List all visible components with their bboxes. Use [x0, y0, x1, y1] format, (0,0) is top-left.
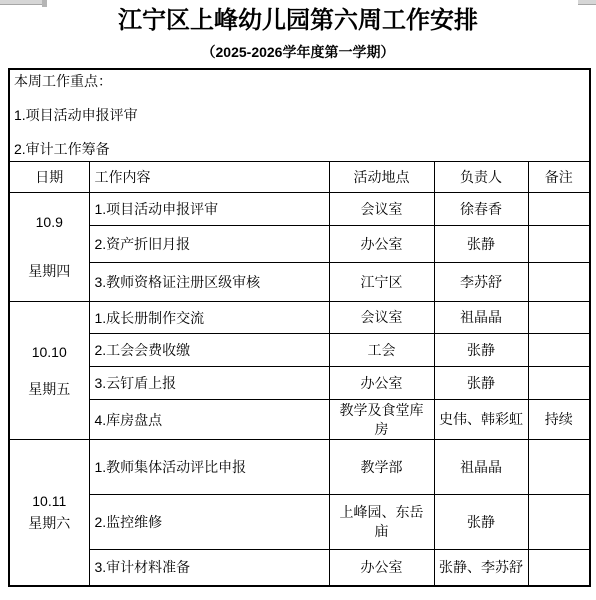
date-value: 10.11 — [32, 492, 66, 511]
location-cell: 会议室 — [329, 193, 434, 226]
note-cell — [528, 440, 590, 495]
task-cell: 4.库房盘点 — [89, 400, 329, 440]
scrollbar-fragment-left — [0, 0, 42, 5]
location-cell: 教学及食堂库房 — [329, 400, 434, 440]
note-cell — [528, 193, 590, 226]
location-cell: 江宁区 — [329, 263, 434, 302]
weekday-value: 星期五 — [28, 380, 70, 399]
weekly-focus-box: 本周工作重点： 1.项目活动申报评审 2.审计工作筹备 — [9, 69, 590, 162]
weekly-focus-item: 2.审计工作筹备 — [14, 140, 585, 159]
location-cell: 上峰园、东岳庙 — [329, 495, 434, 550]
task-cell: 1.项目活动申报评审 — [89, 193, 329, 226]
location-cell: 教学部 — [329, 440, 434, 495]
person-cell: 祖晶晶 — [434, 440, 528, 495]
scrollbar-thumb-fragment — [42, 0, 47, 7]
note-cell — [528, 263, 590, 302]
note-cell — [528, 334, 590, 367]
schedule-table: 本周工作重点： 1.项目活动申报评审 2.审计工作筹备 日期 工作内容 活动地点… — [8, 68, 591, 587]
person-cell: 祖晶晶 — [434, 302, 528, 334]
date-value: 10.10 — [32, 343, 67, 362]
task-cell: 2.工会会费收缴 — [89, 334, 329, 367]
location-cell: 会议室 — [329, 302, 434, 334]
note-cell — [528, 550, 590, 586]
note-cell — [528, 302, 590, 334]
task-cell: 1.教师集体活动评比申报 — [89, 440, 329, 495]
note-cell — [528, 226, 590, 263]
date-cell-10-9: 10.9 星期四 — [9, 193, 89, 302]
column-header-task: 工作内容 — [89, 162, 329, 193]
person-cell: 史伟、韩彩虹 — [434, 400, 528, 440]
task-cell: 3.审计材料准备 — [89, 550, 329, 586]
note-cell: 持续 — [528, 400, 590, 440]
person-cell: 徐春香 — [434, 193, 528, 226]
weekly-focus-item: 1.项目活动申报评审 — [14, 106, 585, 125]
location-cell: 工会 — [329, 334, 434, 367]
location-cell: 办公室 — [329, 367, 434, 400]
task-cell: 1.成长册制作交流 — [89, 302, 329, 334]
person-cell: 李苏舒 — [434, 263, 528, 302]
task-cell: 2.资产折旧月报 — [89, 226, 329, 263]
note-cell — [528, 495, 590, 550]
person-cell: 张静、李苏舒 — [434, 550, 528, 586]
person-cell: 张静 — [434, 334, 528, 367]
task-cell: 3.云钉盾上报 — [89, 367, 329, 400]
person-cell: 张静 — [434, 226, 528, 263]
person-cell: 张静 — [434, 367, 528, 400]
weekday-value: 星期四 — [28, 262, 70, 281]
column-header-person: 负责人 — [434, 162, 528, 193]
location-cell: 办公室 — [329, 226, 434, 263]
weekly-focus-heading: 本周工作重点： — [14, 72, 585, 91]
date-cell-10-11: 10.11 星期六 — [9, 440, 89, 586]
column-header-note: 备注 — [528, 162, 590, 193]
page-subtitle: （2025-2026学年度第一学期） — [0, 44, 596, 60]
page-title: 江宁区上峰幼儿园第六周工作安排 — [0, 8, 596, 34]
scrollbar-fragment-right — [578, 0, 596, 5]
task-cell: 2.监控维修 — [89, 495, 329, 550]
date-cell-10-10: 10.10 星期五 — [9, 302, 89, 440]
location-cell: 办公室 — [329, 550, 434, 586]
person-cell: 张静 — [434, 495, 528, 550]
task-cell: 3.教师资格证注册区级审核 — [89, 263, 329, 302]
date-value: 10.9 — [36, 213, 63, 232]
weekday-value: 星期六 — [28, 514, 70, 533]
column-header-date: 日期 — [9, 162, 89, 193]
column-header-location: 活动地点 — [329, 162, 434, 193]
note-cell — [528, 367, 590, 400]
